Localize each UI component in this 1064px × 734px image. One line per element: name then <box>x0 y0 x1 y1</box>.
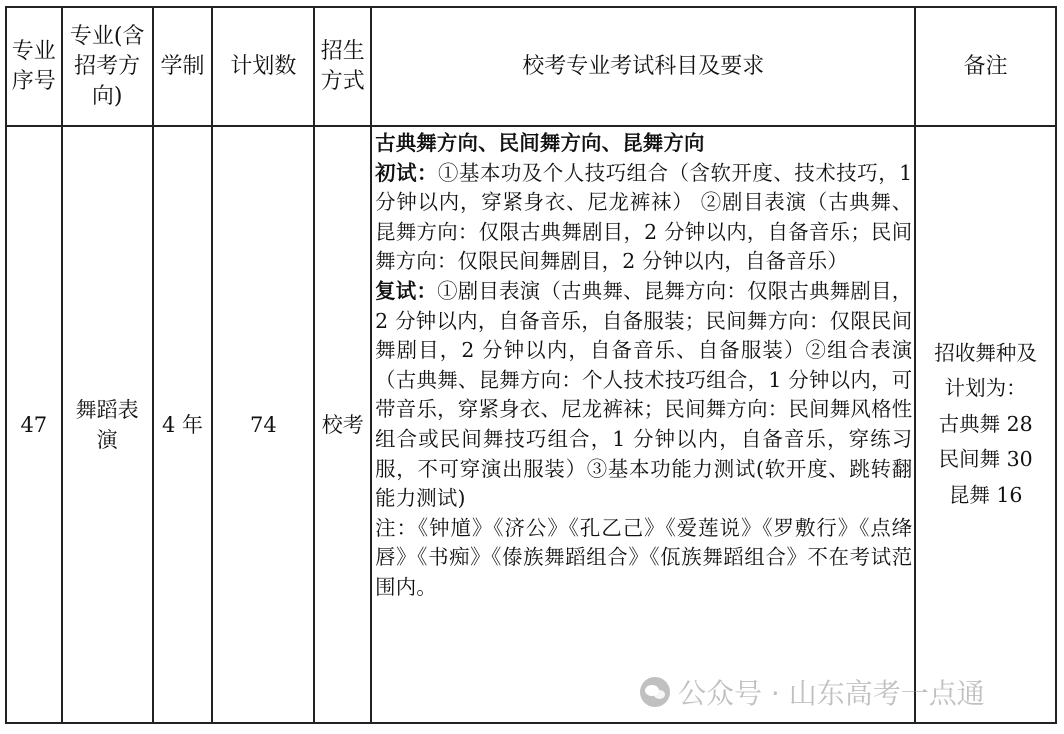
header-seq: 专业序号 <box>6 7 62 126</box>
retest-paragraph: 复试：①剧目表演（古典舞、昆舞方向：仅限古典舞剧目，2 分钟以内，自备音乐，自备… <box>375 277 912 514</box>
exclusion-note: 注：《钟馗》《济公》《孔乙己》《爱莲说》《罗敷行》《点绛唇》《书痴》《傣族舞蹈组… <box>375 514 912 603</box>
cell-duration: 4 年 <box>153 126 213 723</box>
notes-line: 计划为： <box>916 371 1055 407</box>
admissions-table: 专业序号 专业(含招考方向) 学制 计划数 招生方式 校考专业考试科目及要求 备… <box>5 6 1057 724</box>
notes-line: 招收舞种及 <box>916 336 1055 372</box>
cell-method: 校考 <box>314 126 371 723</box>
directions-heading: 古典舞方向、民间舞方向、昆舞方向 <box>375 129 912 159</box>
notes-line: 昆舞 16 <box>916 478 1055 514</box>
header-major: 专业(含招考方向) <box>62 7 153 126</box>
cell-notes: 招收舞种及 计划为： 古典舞 28 民间舞 30 昆舞 16 <box>915 126 1056 723</box>
notes-line: 民间舞 30 <box>916 442 1055 478</box>
header-requirements: 校考专业考试科目及要求 <box>371 7 915 126</box>
retest-text: ①剧目表演（古典舞、昆舞方向：仅限古典舞剧目，2 分钟以内，自备音乐，自备服装；… <box>375 279 912 510</box>
prelim-paragraph: 初试：①基本功及个人技巧组合（含软开度、技术技巧，1 分钟以内，穿紧身衣、尼龙裤… <box>375 159 912 277</box>
cell-plan: 74 <box>212 126 314 723</box>
header-method: 招生方式 <box>314 7 371 126</box>
header-row: 专业序号 专业(含招考方向) 学制 计划数 招生方式 校考专业考试科目及要求 备… <box>6 7 1056 126</box>
cell-major: 舞蹈表演 <box>62 126 153 723</box>
cell-seq: 47 <box>6 126 62 723</box>
table-row: 47 舞蹈表演 4 年 74 校考 古典舞方向、民间舞方向、昆舞方向 初试：①基… <box>6 126 1056 723</box>
header-plan: 计划数 <box>212 7 314 126</box>
notes-line: 古典舞 28 <box>916 407 1055 443</box>
prelim-text: ①基本功及个人技巧组合（含软开度、技术技巧，1 分钟以内，穿紧身衣、尼龙裤袜） … <box>375 161 912 274</box>
header-duration: 学制 <box>153 7 213 126</box>
cell-requirements: 古典舞方向、民间舞方向、昆舞方向 初试：①基本功及个人技巧组合（含软开度、技术技… <box>371 126 915 723</box>
header-notes: 备注 <box>915 7 1056 126</box>
prelim-label: 初试： <box>375 161 438 185</box>
retest-label: 复试： <box>375 279 437 303</box>
